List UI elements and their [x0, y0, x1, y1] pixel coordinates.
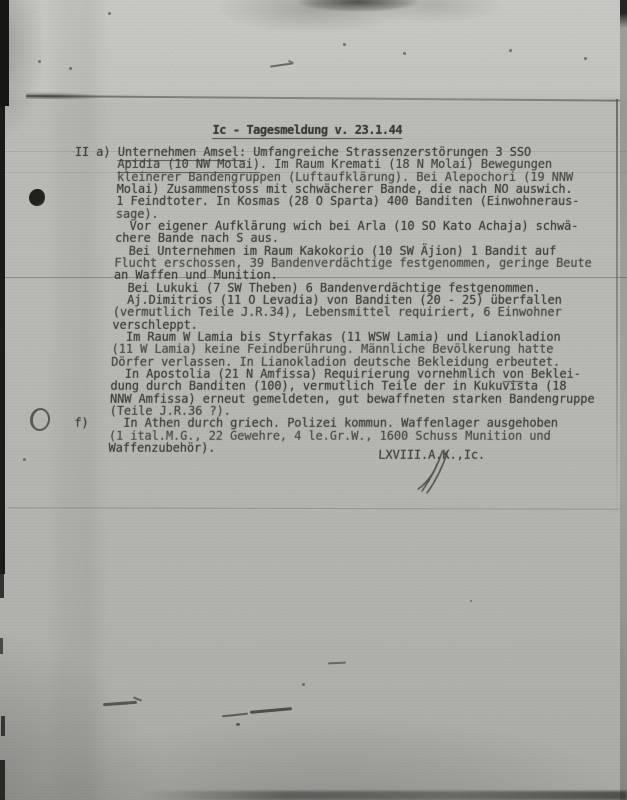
document-line: Waffenzubehör). [108, 442, 593, 454]
dust-speck [403, 52, 406, 55]
section-label: II a) [75, 146, 111, 158]
dust-speck [470, 600, 472, 602]
dust-speck [23, 458, 26, 461]
handwritten-initials [409, 446, 459, 504]
dust-speck [69, 67, 72, 70]
document-line: 1 Feindtoter. In Kosmas (28 O Sparta) 40… [116, 195, 601, 207]
film-edge-right [620, 0, 627, 800]
film-edge-fragment [1, 716, 5, 736]
page-title: Ic - Tagesmeldung v. 23.1.44 [212, 123, 402, 139]
dust-speck [302, 683, 305, 686]
dust-speck [584, 57, 587, 60]
film-edge-left [0, 0, 9, 106]
film-edge-bottom [140, 791, 627, 800]
film-edge-left [0, 106, 5, 574]
dust-speck [509, 49, 512, 52]
dust-speck [343, 43, 346, 46]
scratch-mark [236, 723, 240, 726]
film-edge-fragment [0, 574, 4, 598]
film-edge-fragment [0, 638, 3, 654]
dust-speck [38, 60, 41, 63]
film-edge-fragment [0, 760, 5, 800]
scanned-document-page: Ic - Tagesmeldung v. 23.1.44 II a)Untern… [0, 0, 627, 800]
typewritten-text-layer: Ic - Tagesmeldung v. 23.1.44 II a)Untern… [0, 0, 627, 700]
section-label: f) [74, 417, 89, 429]
report-body: II a)Unternehmen Amsel: Umfangreiche Str… [108, 146, 602, 454]
dust-speck [108, 12, 111, 15]
